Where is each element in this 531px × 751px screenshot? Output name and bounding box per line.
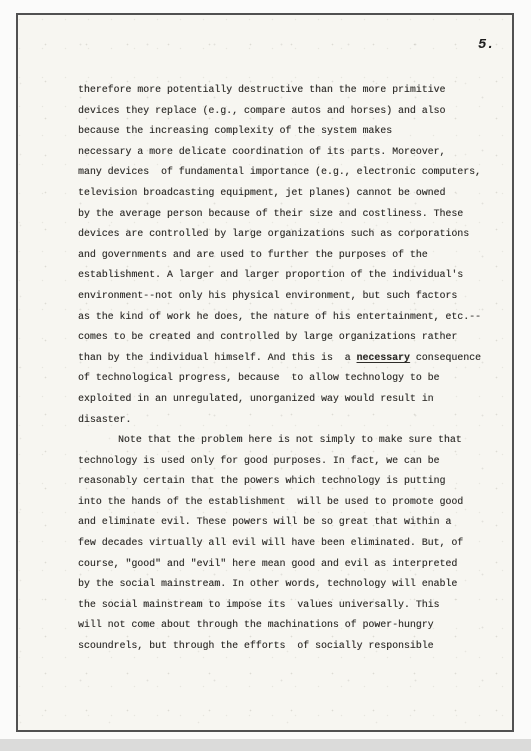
- underlined-word: necessary: [357, 352, 410, 363]
- line-text: scoundrels, but through the efforts of s…: [78, 640, 434, 651]
- line-text: many devices of fundamental importance (…: [78, 166, 481, 177]
- line-text: technology is used only for good purpose…: [78, 455, 439, 466]
- paragraph-2: Note that the problem here is not simply…: [78, 430, 503, 657]
- line-text: by the average person because of their s…: [78, 208, 463, 219]
- text-line: technology is used only for good purpose…: [78, 451, 503, 472]
- line-text: devices are controlled by large organiza…: [78, 228, 469, 239]
- text-line: therefore more potentially destructive t…: [78, 80, 503, 101]
- text-line: because the increasing complexity of the…: [78, 121, 503, 142]
- text-line: as the kind of work he does, the nature …: [78, 307, 503, 328]
- line-text: therefore more potentially destructive t…: [78, 84, 445, 95]
- text-line: the social mainstream to impose its valu…: [78, 595, 503, 616]
- text-line: than by the individual himself. And this…: [78, 348, 503, 369]
- line-text: of technological progress, because to al…: [78, 372, 439, 383]
- line-text: establishment. A larger and larger propo…: [78, 269, 463, 280]
- line-text: course, "good" and "evil" here mean good…: [78, 558, 457, 569]
- text-line: will not come about through the machinat…: [78, 615, 503, 636]
- line-text: than by the individual himself. And this…: [78, 352, 357, 363]
- line-text: devices they replace (e.g., compare auto…: [78, 105, 445, 116]
- text-line: comes to be created and controlled by la…: [78, 327, 503, 348]
- line-text: as the kind of work he does, the nature …: [78, 311, 481, 322]
- text-line: environment--not only his physical envir…: [78, 286, 503, 307]
- line-text: television broadcasting equipment, jet p…: [78, 187, 445, 198]
- text-line: and governments and are used to further …: [78, 245, 503, 266]
- line-text: by the social mainstream. In other words…: [78, 578, 457, 589]
- text-line: by the average person because of their s…: [78, 204, 503, 225]
- page-number: 5.: [478, 37, 495, 53]
- line-text: comes to be created and controlled by la…: [78, 331, 457, 342]
- text-line: by the social mainstream. In other words…: [78, 574, 503, 595]
- line-text: and eliminate evil. These powers will be…: [78, 516, 451, 527]
- line-text: will not come about through the machinat…: [78, 619, 434, 630]
- text-line: devices they replace (e.g., compare auto…: [78, 101, 503, 122]
- text-line: scoundrels, but through the efforts of s…: [78, 636, 503, 657]
- text-line: into the hands of the establishment will…: [78, 492, 503, 513]
- line-text: necessary a more delicate coordination o…: [78, 146, 445, 157]
- text-line: few decades virtually all evil will have…: [78, 533, 503, 554]
- line-text: the social mainstream to impose its valu…: [78, 599, 439, 610]
- line-text: environment--not only his physical envir…: [78, 290, 457, 301]
- line-text: few decades virtually all evil will have…: [78, 537, 463, 548]
- text-line: of technological progress, because to al…: [78, 368, 503, 389]
- document-page: 5. therefore more potentially destructiv…: [16, 13, 514, 732]
- line-text: Note that the problem here is not simply…: [118, 434, 462, 445]
- text-line: Note that the problem here is not simply…: [78, 430, 503, 451]
- text-line: reasonably certain that the powers which…: [78, 471, 503, 492]
- line-text: disaster.: [78, 414, 131, 425]
- line-text: consequence: [410, 352, 481, 363]
- text-line: exploited in an unregulated, unorganized…: [78, 389, 503, 410]
- text-block: therefore more potentially destructive t…: [78, 80, 503, 657]
- text-line: establishment. A larger and larger propo…: [78, 265, 503, 286]
- text-line: and eliminate evil. These powers will be…: [78, 512, 503, 533]
- text-line: devices are controlled by large organiza…: [78, 224, 503, 245]
- scan-edge-shadow: [0, 739, 531, 751]
- line-text: because the increasing complexity of the…: [78, 125, 392, 136]
- text-line: television broadcasting equipment, jet p…: [78, 183, 503, 204]
- text-line: necessary a more delicate coordination o…: [78, 142, 503, 163]
- text-line: course, "good" and "evil" here mean good…: [78, 554, 503, 575]
- text-line: disaster.: [78, 410, 503, 431]
- line-text: into the hands of the establishment will…: [78, 496, 463, 507]
- paragraph-1: therefore more potentially destructive t…: [78, 80, 503, 430]
- line-text: and governments and are used to further …: [78, 249, 428, 260]
- line-text: exploited in an unregulated, unorganized…: [78, 393, 434, 404]
- text-line: many devices of fundamental importance (…: [78, 162, 503, 183]
- line-text: reasonably certain that the powers which…: [78, 475, 445, 486]
